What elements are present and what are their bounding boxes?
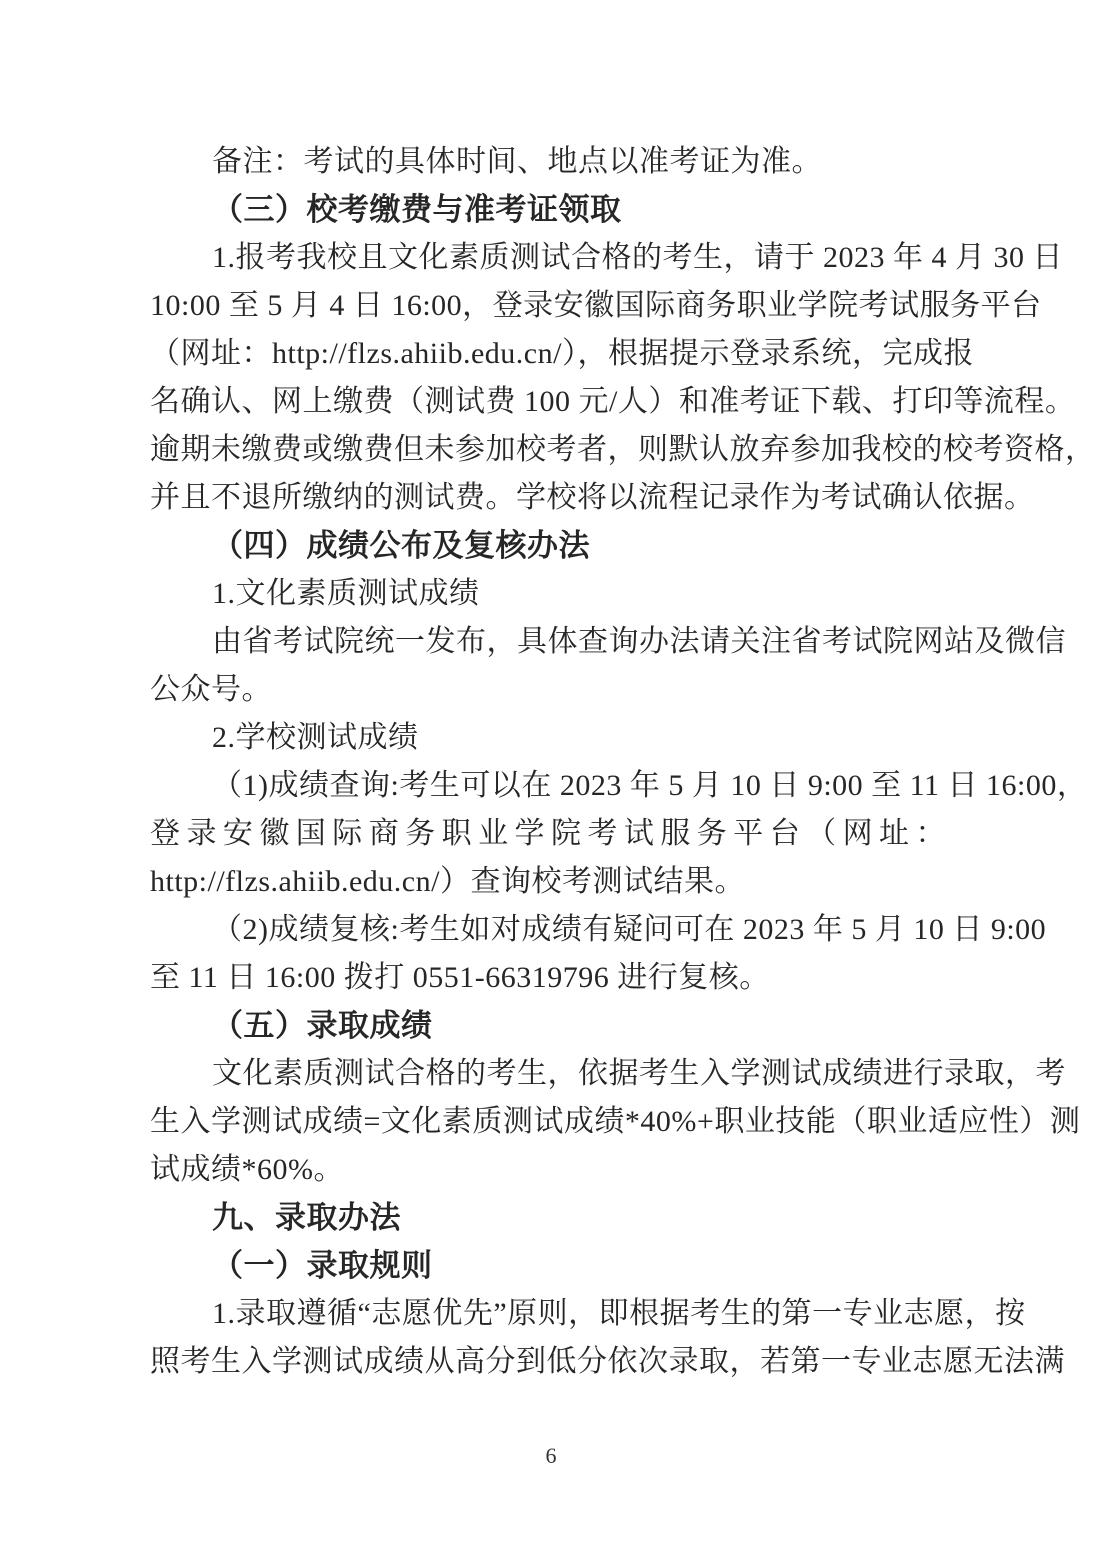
paragraph-line: 2.学校测试成绩 — [150, 714, 946, 762]
paragraph-line: 1.录取遵循“志愿优先”原则，即根据考生的第一专业志愿，按 — [150, 1290, 946, 1338]
paragraph-line: 文化素质测试合格的考生，依据考生入学测试成绩进行录取，考 — [150, 1050, 946, 1098]
section-heading: （三）校考缴费与准考证领取 — [150, 186, 946, 234]
paragraph-line: （1)成绩查询:考生可以在 2023 年 5 月 10 日 9:00 至 11 … — [150, 762, 946, 810]
paragraph-line: （网址：http://flzs.ahiib.edu.cn/），根据提示登录系统，… — [150, 330, 946, 378]
section-heading: （一）录取规则 — [150, 1242, 946, 1290]
paragraph-line: 照考生入学测试成绩从高分到低分依次录取，若第一专业志愿无法满 — [150, 1338, 946, 1386]
paragraph-line: 至 11 日 16:00 拨打 0551-66319796 进行复核。 — [150, 954, 946, 1002]
document-page: 备注：考试的具体时间、地点以准考证为准。 （三）校考缴费与准考证领取 1.报考我… — [0, 0, 1102, 1559]
paragraph-line: 登录安徽国际商务职业学院考试服务平台（网址： — [150, 810, 946, 858]
paragraph-line: 由省考试院统一发布，具体查询办法请关注省考试院网站及微信 — [150, 618, 946, 666]
paragraph-line: 名确认、网上缴费（测试费 100 元/人）和准考证下载、打印等流程。 — [150, 378, 946, 426]
paragraph-line: 逾期未缴费或缴费但未参加校考者，则默认放弃参加我校的校考资格， — [150, 426, 946, 474]
paragraph-line: 试成绩*60%。 — [150, 1146, 946, 1194]
paragraph-line: 10:00 至 5 月 4 日 16:00，登录安徽国际商务职业学院考试服务平台 — [150, 282, 946, 330]
paragraph-line: 并且不退所缴纳的测试费。学校将以流程记录作为考试确认依据。 — [150, 474, 946, 522]
page-number: 6 — [0, 1438, 1102, 1474]
chapter-heading: 九、录取办法 — [150, 1194, 946, 1242]
paragraph-line: 1.报考我校且文化素质测试合格的考生，请于 2023 年 4 月 30 日 — [150, 234, 946, 282]
section-heading: （四）成绩公布及复核办法 — [150, 522, 946, 570]
section-heading: （五）录取成绩 — [150, 1002, 946, 1050]
paragraph-line: （2)成绩复核:考生如对成绩有疑问可在 2023 年 5 月 10 日 9:00 — [150, 906, 946, 954]
paragraph-line: 生入学测试成绩=文化素质测试成绩*40%+职业技能（职业适应性）测 — [150, 1098, 946, 1146]
page-content: 备注：考试的具体时间、地点以准考证为准。 （三）校考缴费与准考证领取 1.报考我… — [150, 138, 946, 1386]
paragraph-line: http://flzs.ahiib.edu.cn/）查询校考测试结果。 — [150, 858, 946, 906]
paragraph-line: 备注：考试的具体时间、地点以准考证为准。 — [150, 138, 946, 186]
paragraph-line: 公众号。 — [150, 666, 946, 714]
paragraph-line: 1.文化素质测试成绩 — [150, 570, 946, 618]
